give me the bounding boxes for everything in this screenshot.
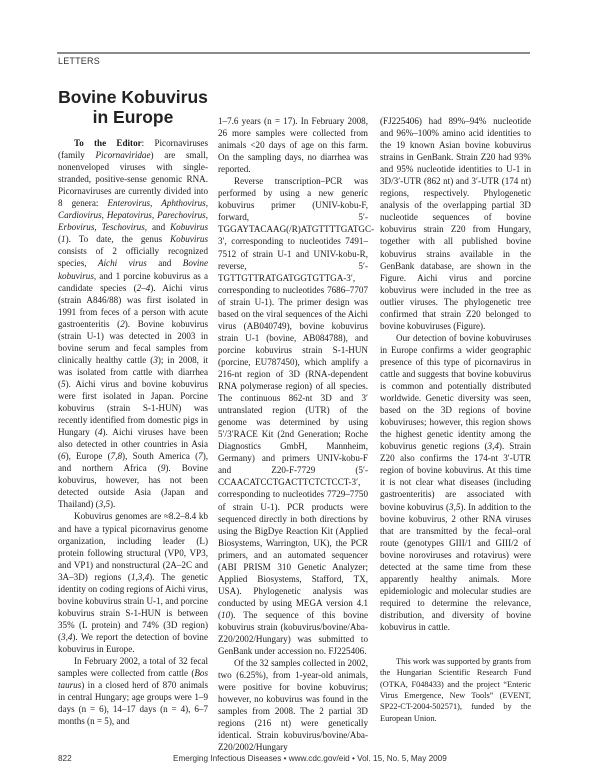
citation[interactable]: 7,8	[111, 451, 122, 461]
title-line-1: Bovine Kobuvirus	[58, 87, 208, 107]
paragraph: In February 2002, a total of 32 fecal sa…	[58, 655, 208, 727]
citation[interactable]: 10	[221, 610, 230, 620]
paragraph: Of the 32 samples collected in 2002, two…	[218, 657, 368, 753]
section-label: LETTERS	[58, 56, 100, 66]
citation[interactable]: 3,5	[99, 499, 110, 509]
header-rule	[57, 52, 530, 54]
paragraph: (FJ225406) had 89%–94% nucleotide and 96…	[380, 115, 531, 332]
article-title: Bovine Kobuvirus in Europe	[58, 87, 208, 127]
paragraph: Our detection of bovine kobuviruses in E…	[380, 332, 531, 633]
citation[interactable]: 1,3,4	[131, 572, 149, 582]
salutation: To the Editor	[74, 138, 142, 148]
acknowledgment: This work was supported by grants from t…	[380, 656, 531, 724]
column-3: (FJ225406) had 89%–94% nucleotide and 96…	[380, 115, 531, 724]
column-1: Bovine Kobuvirus in Europe To the Editor…	[58, 87, 208, 727]
journal-citation: Emerging Infectious Diseases • www.cdc.g…	[173, 754, 447, 763]
citation[interactable]: 3,4	[488, 441, 499, 451]
column-2: 1–7.6 years (n = 17). In February 2008, …	[218, 115, 368, 753]
citation[interactable]: 2–4	[137, 283, 151, 293]
page-number: 822	[58, 754, 72, 763]
paragraph: 1–7.6 years (n = 17). In February 2008, …	[218, 115, 368, 175]
paragraph: Reverse transcription–PCR was performed …	[218, 175, 368, 657]
paragraph: Kobuvirus genomes are ≈8.2–8.4 kb and ha…	[58, 510, 208, 655]
citation[interactable]: 3,4	[61, 632, 72, 642]
title-line-2: in Europe	[93, 107, 174, 127]
paragraph: To the Editor: Picornaviruses (family Pi…	[58, 137, 208, 510]
citation[interactable]: 3,5	[449, 502, 460, 512]
